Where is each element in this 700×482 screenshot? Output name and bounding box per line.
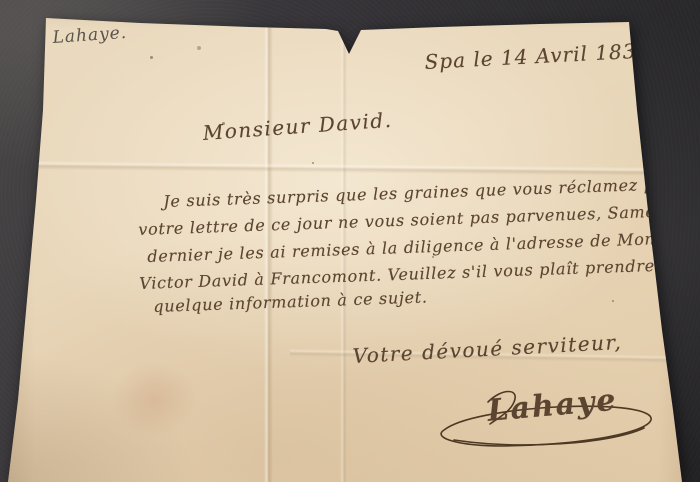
dateline: Spa le 14 Avril 1839.	[424, 38, 658, 74]
paper-stain	[112, 362, 197, 437]
letter-paper: Lahaye. Spa le 14 Avril 1839. Monsieur D…	[0, 0, 700, 482]
signature-block: Lahaye	[430, 384, 670, 462]
fold-crease-horizontal-1	[28, 161, 673, 177]
closing: Votre dévoué serviteur,	[352, 330, 623, 368]
body-line: quelque information à ce sujet.	[153, 287, 428, 316]
letter-paper-sheet: Lahaye. Spa le 14 Avril 1839. Monsieur D…	[0, 0, 700, 482]
archival-note: Lahaye.	[52, 23, 128, 48]
ink-speck	[197, 46, 201, 50]
ink-speck	[150, 56, 153, 59]
ink-speck	[432, 256, 434, 258]
photo-background: Lahaye. Spa le 14 Avril 1839. Monsieur D…	[0, 0, 700, 482]
ink-speck	[612, 300, 614, 302]
ink-speck	[312, 162, 314, 164]
salutation: Monsieur David.	[202, 108, 393, 145]
fold-crease-vertical-1	[264, 0, 273, 482]
